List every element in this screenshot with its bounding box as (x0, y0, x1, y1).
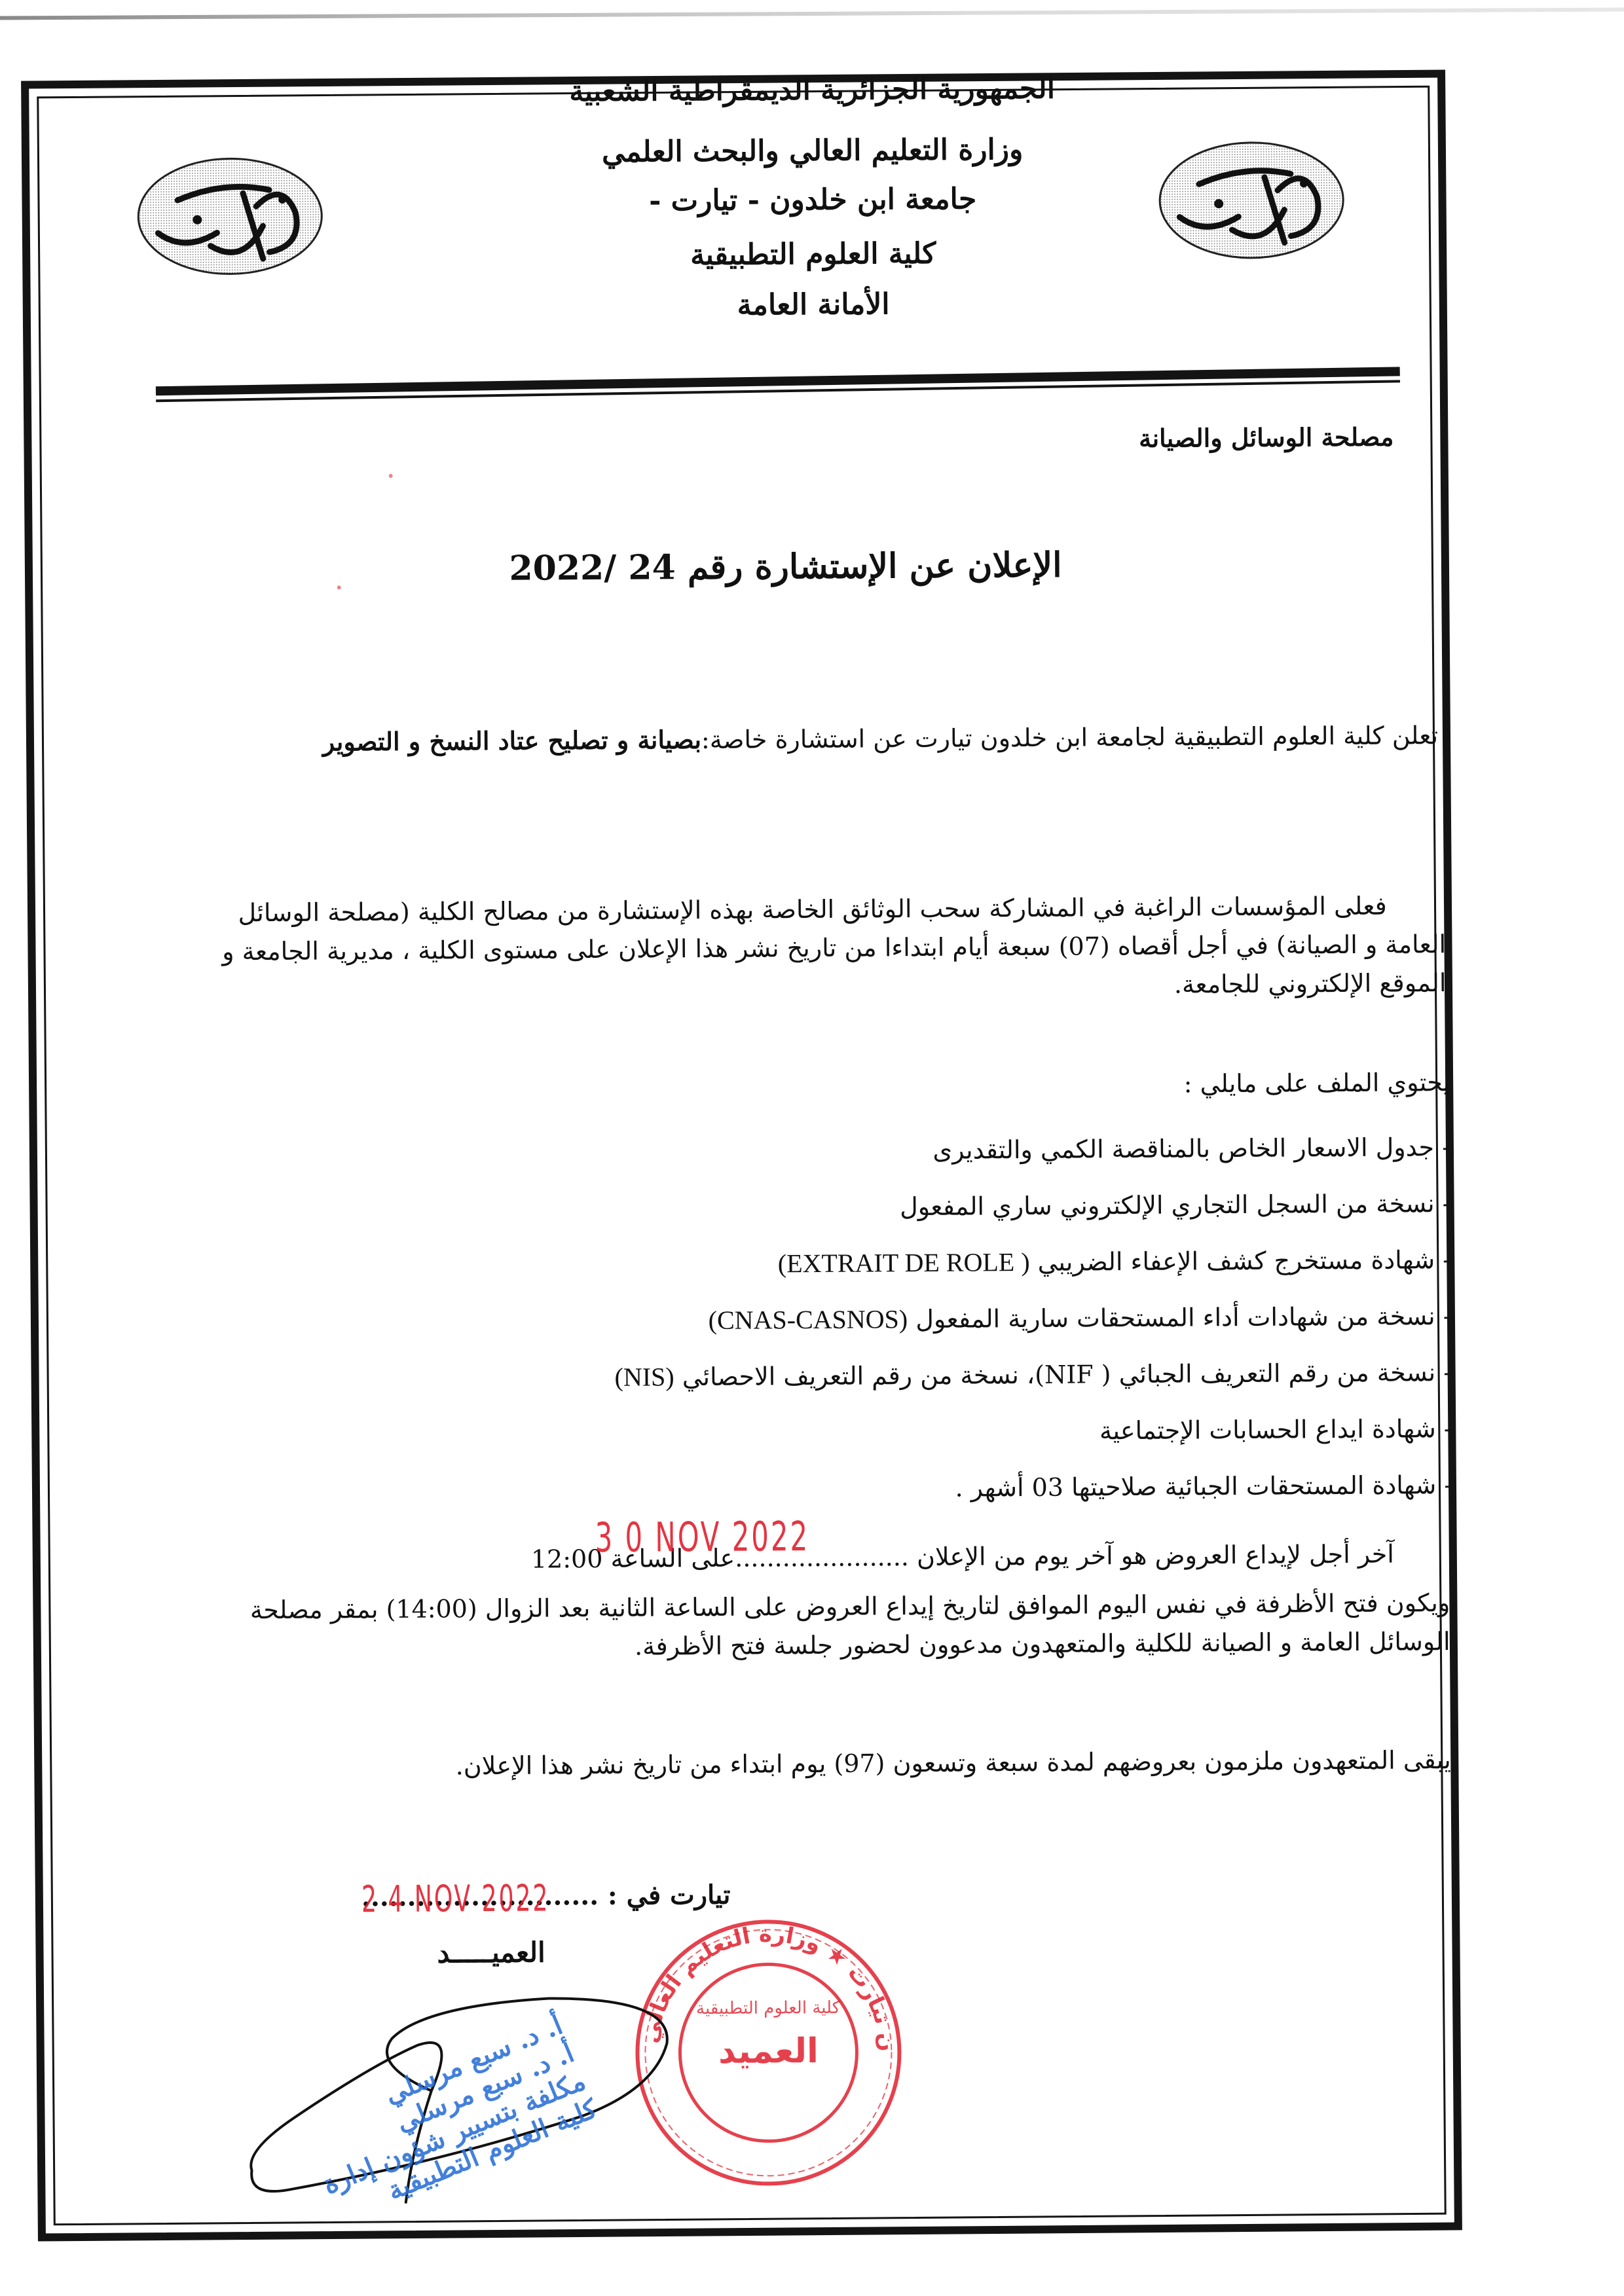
list-item: - نسخة من رقم التعريف الجبائي ( NIF)، نس… (614, 1344, 1452, 1406)
scan-speck (337, 585, 341, 589)
document-title: الإعلان عن الإستشارة رقم 24 /2022 (507, 545, 1063, 589)
header-divider (156, 367, 1400, 395)
list-item: - شهادة المستحقات الجبائية صلاحيتها 03 أ… (615, 1457, 1452, 1518)
faculty-name: كلية العلوم التطبيقية (453, 234, 1173, 275)
issue-date-stamp: 2 4 NOV 2022 (361, 1877, 550, 1921)
list-item: - شهادة مستخرج كشف الإعفاء الضريبي ( EXT… (614, 1231, 1451, 1293)
republic-name: الجمهورية الجزائرية الديمقراطية الشعبية (452, 70, 1172, 111)
university-logo-right-icon (1153, 137, 1350, 263)
university-name: جامعة ابن خلدون - تيارت - (452, 180, 1173, 221)
university-logo-left-icon (132, 153, 329, 279)
letterhead: الجمهورية الجزائرية الديمقراطية الشعبية … (452, 70, 1173, 325)
list-item: - نسخة من شهادات أداء المستحقات سارية ال… (614, 1288, 1452, 1349)
department-label: مصلحة الوسائل والصيانة (1139, 422, 1394, 453)
dean-title: العميـــــد (437, 1937, 545, 1969)
deadline-date-stamp: 3 0 NOV 2022 (595, 1512, 809, 1561)
required-documents-list: - جدول الاسعار الخاص بالمناقصة الكمي وال… (613, 1119, 1452, 1518)
intro-paragraph: تعلن كلية العلوم التطبيقية لجامعة ابن خل… (194, 716, 1438, 762)
file-contents-label: يحتوي الملف على مايلي : (1183, 1063, 1450, 1103)
opening-paragraph: ويكون فتح الأظرفة في نفس اليوم الموافق ل… (193, 1584, 1450, 1669)
document-page: الجمهورية الجزائرية الديمقراطية الشعبية … (0, 0, 1624, 2296)
deadline-text: آخر أجل لإيداع العروض هو آخر يوم من الإع… (909, 1540, 1394, 1572)
list-item: - شهادة ايداع الحسابات الإجتماعية (615, 1400, 1452, 1462)
secretariat-name: الأمانة العامة (453, 285, 1173, 325)
scan-speck (389, 474, 393, 478)
place-date-label: تيارت في : (599, 1880, 731, 1911)
consultation-subject: بصيانة و تصليح عتاد النسخ و التصوير (323, 725, 701, 757)
validity-paragraph: يبقى المتعهدون ملزمون بعروضهم لمدة سبعة … (194, 1741, 1451, 1787)
list-item: - نسخة من السجل التجاري الإلكتروني ساري … (614, 1175, 1451, 1237)
intro-text: تعلن كلية العلوم التطبيقية لجامعة ابن خل… (701, 721, 1438, 754)
main-paragraph: فعلى المؤسسات الراغبة في المشاركة سحب ال… (202, 886, 1447, 1010)
list-item: - جدول الاسعار الخاص بالمناقصة الكمي وال… (613, 1119, 1450, 1180)
ministry-name: وزارة التعليم العالي والبحث العلمي (452, 131, 1173, 172)
